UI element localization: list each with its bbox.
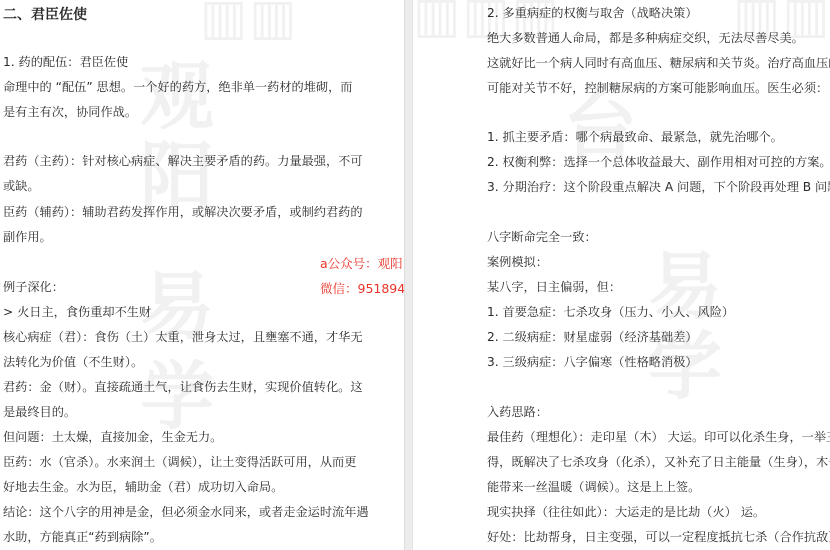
text-line: 得，既解决了七杀攻身（化杀），又补充了日主能量（生身），木也 xyxy=(487,454,830,470)
text-line: 1. 首要急症：七杀攻身（压力、小人、风险） xyxy=(487,304,734,320)
text-line: 能带来一丝温暖（调候）。这是上上签。 xyxy=(487,479,700,495)
text-line: 3. 分期治疗：这个阶段重点解决 A 问题，下个阶段再处理 B 问题。 xyxy=(487,179,830,195)
text-line: 法转化为价值（不生财）。 xyxy=(3,354,143,370)
text-line: 1. 药的配伍：君臣佐使 xyxy=(3,54,128,70)
text-line: 案例模拟： xyxy=(487,254,548,270)
text-line: 现实抉择（往往如此）：大运走的是比劫（火） 运。 xyxy=(487,504,765,520)
page-divider xyxy=(404,0,413,550)
watermark-logo: 阳 xyxy=(140,140,216,214)
text-line: 2. 权衡利弊：选择一个总体收益最大、副作用相对可控的方案。 xyxy=(487,154,830,170)
watermark-logo: 学 xyxy=(140,360,216,434)
text-line: 好处：比劫帮身，日主变强，可以一定程度抵抗七杀（合作抗敌）。 xyxy=(487,529,830,545)
text-line: 结论：这个八字的用神是金，但必须金水同来，或者走金运时流年遇 xyxy=(3,504,369,520)
text-line: 3. 三级病症：八字偏寒（性格略消极） xyxy=(487,354,698,370)
text-line: 核心病症（君）：食伤（土）太重，泄身太过，且壅塞不通，才华无 xyxy=(3,329,363,345)
text-line: 某八字，日主偏弱，但： xyxy=(487,279,621,295)
text-line: 例子深化： xyxy=(3,279,64,295)
text-line: 八字断命完全一致： xyxy=(487,229,597,245)
text-line: 臣药：水（官杀）。水来润土（调候），让土变得活跃可用，从而更 xyxy=(3,454,356,470)
text-line: 这就好比一个病人同时有高血压、糖尿病和关节炎。治疗高血压的药 xyxy=(487,55,830,71)
text-line: 是有主有次，协同作战。 xyxy=(3,104,137,120)
section-heading: 二、君臣佐使 xyxy=(3,7,87,23)
text-line: 最佳药（理想化）：走印星（木） 大运。印可以化杀生身，一举三 xyxy=(487,429,830,445)
watermark-logo: 台 xyxy=(563,90,639,164)
text-line: 君药：金（财）。直接疏通土气，让食伤去生财，实现价值转化。这 xyxy=(3,379,363,395)
text-line: 副作用。 xyxy=(3,229,52,245)
text-line: 入药思路： xyxy=(487,404,548,420)
wechat-contact: 微信：951894893 xyxy=(320,279,404,297)
watermark-logo: ▥▥ xyxy=(200,0,298,42)
text-line: 绝大多数普通人命局，都是多种病症交织，无法尽善尽美。 xyxy=(487,30,804,46)
text-line: 君药（主药）：针对核心病症、解决主要矛盾的药。力量最强，不可 xyxy=(3,153,363,169)
text-line: 1. 抓主要矛盾：哪个病最致命、最紧急，就先治哪个。 xyxy=(487,129,783,145)
text-line: 或缺。 xyxy=(3,178,40,194)
text-line: 臣药（辅药）：辅助君药发挥作用，或解决次要矛盾，或制约君药的 xyxy=(3,204,363,220)
watermark-logo: 观 xyxy=(140,60,216,134)
text-line: 可能对关节不好，控制糖尿病的方案可能影响血压。医生必须： xyxy=(487,80,828,96)
text-line: 2. 多重病症的权衡与取舍（战略决策） xyxy=(487,5,698,21)
text-line: 是最终目的。 xyxy=(3,404,76,420)
text-line: 好地去生金。水为臣，辅助金（君）成功切入命局。 xyxy=(3,479,283,495)
text-line: 命理中的 “配伍” 思想。一个好的药方，绝非单一药材的堆砌，而 xyxy=(3,79,352,95)
left-page: ▥▥ 观 阳 易 学 二、君臣佐使1. 药的配伍：君臣佐使命理中的 “配伍” 思… xyxy=(0,0,404,550)
text-line: 但问题：土太燥，直接加金，生金无力。 xyxy=(3,429,222,445)
text-line: 2. 二级病症：财星虚弱（经济基础差） xyxy=(487,329,698,345)
right-page: ▥▥▥ ▥▥ 台 易 学 2. 多重病症的权衡与取舍（战略决策）绝大多数普通人命… xyxy=(413,0,830,550)
text-line: 水助，方能真正“药到病除”。 xyxy=(3,529,162,545)
official-account-contact: a公众号：观阳台 xyxy=(320,254,404,272)
text-line: > 火日主，食伤重却不生财 xyxy=(3,304,151,320)
